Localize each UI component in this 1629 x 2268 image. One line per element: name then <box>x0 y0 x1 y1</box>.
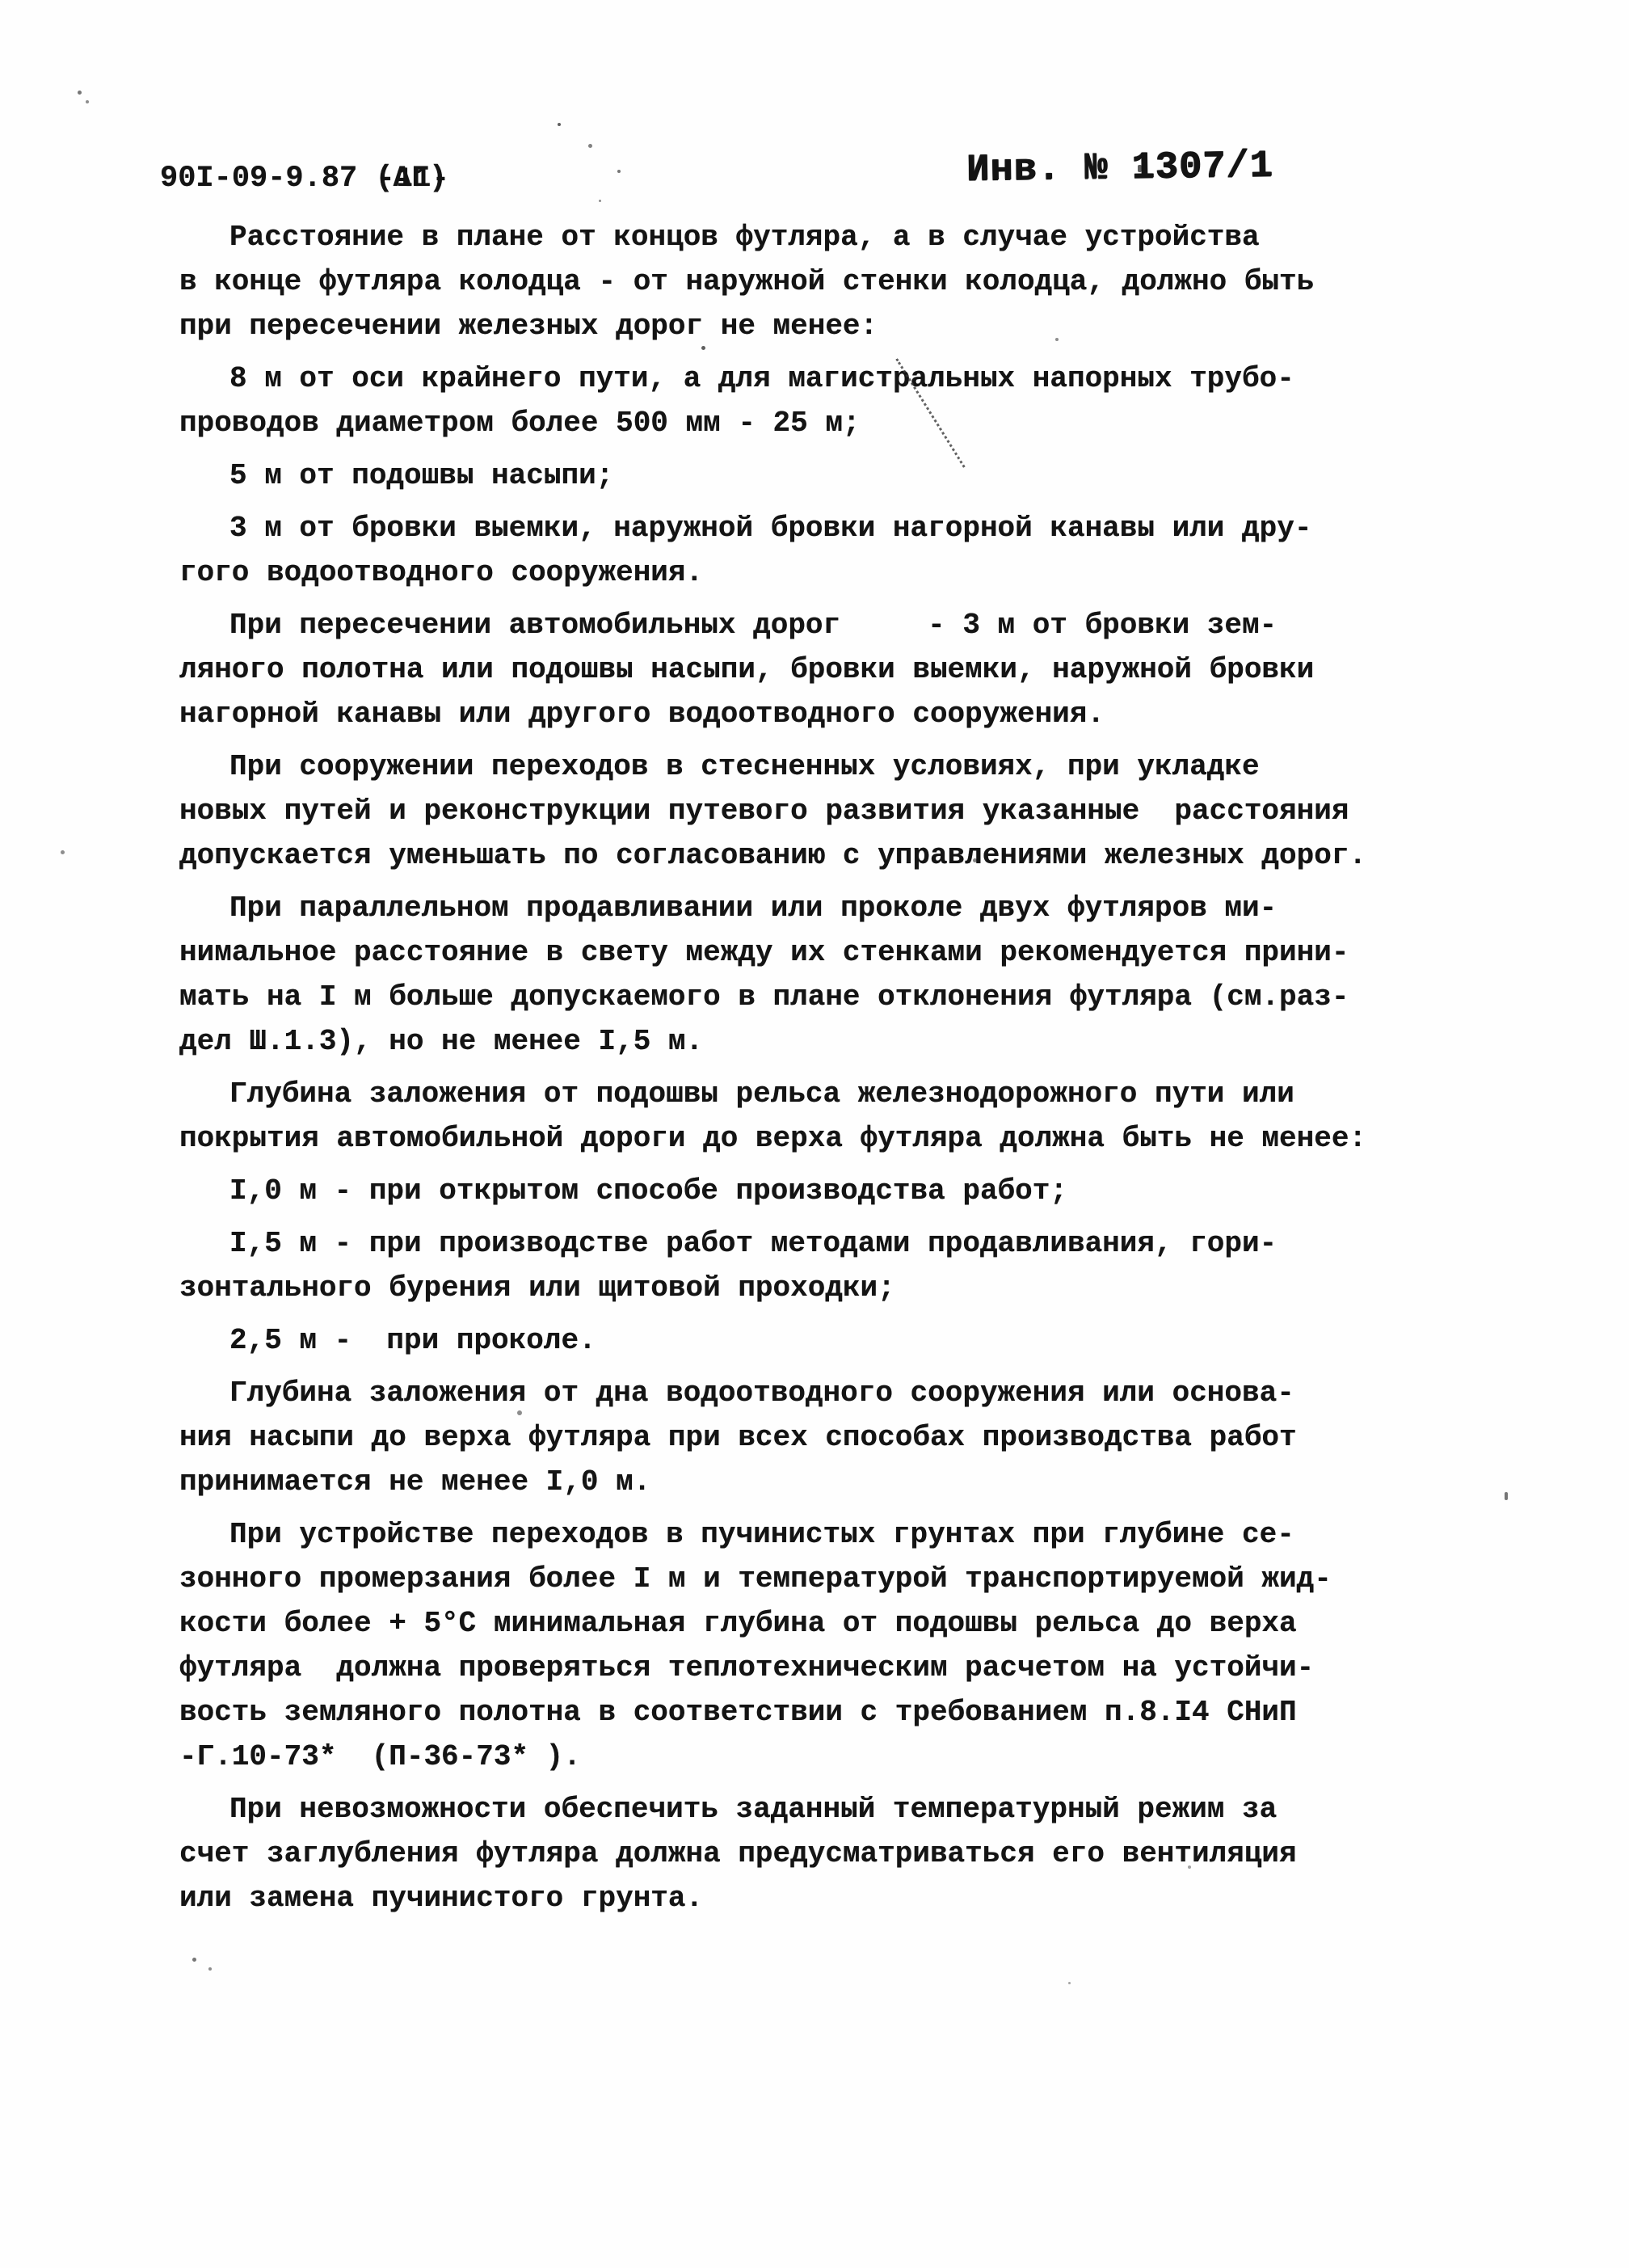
scan-speckle <box>617 170 621 173</box>
scan-speckle <box>78 91 82 95</box>
paragraph: Глубина заложения от подошвы рельса желе… <box>179 1072 1522 1161</box>
paragraph: Глубина заложения от дна водоотводного с… <box>179 1371 1522 1504</box>
scan-speckle <box>1188 1865 1191 1869</box>
scan-speckle <box>588 144 592 148</box>
scan-speckle <box>208 1967 212 1971</box>
scan-speckle <box>701 346 705 350</box>
scan-speckle <box>192 1958 196 1962</box>
scan-speckle <box>599 200 601 202</box>
scan-speckle <box>517 1410 522 1415</box>
document-page: 90I-09-9.87 (АГ) -11- Инв. № 1307/1 Расс… <box>0 0 1629 2268</box>
paragraph: При сооружении переходов в стесненных ус… <box>179 744 1522 878</box>
paragraph: I,5 м - при производстве работ методами … <box>179 1221 1522 1310</box>
document-body: Расстояние в плане от концов футляра, а … <box>179 215 1522 1929</box>
scan-speckle <box>61 850 65 854</box>
scan-speckle <box>558 123 561 126</box>
paragraph: При устройстве переходов в пучинистых гр… <box>179 1512 1522 1779</box>
paragraph: 2,5 м - при проколе. <box>179 1318 1522 1363</box>
scan-speckle <box>1055 338 1059 341</box>
inventory-stamp: Инв. № 1307/1 <box>966 145 1273 192</box>
scan-speckle <box>973 858 977 862</box>
paragraph: При невозможности обеспечить заданный те… <box>179 1787 1522 1920</box>
paragraph: Расстояние в плане от концов футляра, а … <box>179 215 1522 348</box>
scan-speckle <box>1138 165 1142 172</box>
scan-speckle <box>583 230 587 234</box>
paragraph: 5 м от подошвы насыпи; <box>179 453 1522 498</box>
page-number: -11- <box>378 164 451 195</box>
scan-speckle <box>86 100 89 103</box>
scan-speckle <box>1505 1492 1508 1500</box>
scan-speckle <box>1068 1982 1071 1984</box>
paragraph: 3 м от бровки выемки, наружной бровки на… <box>179 506 1522 595</box>
paragraph: I,0 м - при открытом способе производств… <box>179 1169 1522 1213</box>
paragraph: 8 м от оси крайнего пути, а для магистра… <box>179 356 1522 445</box>
paragraph: При параллельном продавливании или проко… <box>179 886 1522 1064</box>
paragraph: При пересечении автомобильных дорог - 3 … <box>179 603 1522 736</box>
